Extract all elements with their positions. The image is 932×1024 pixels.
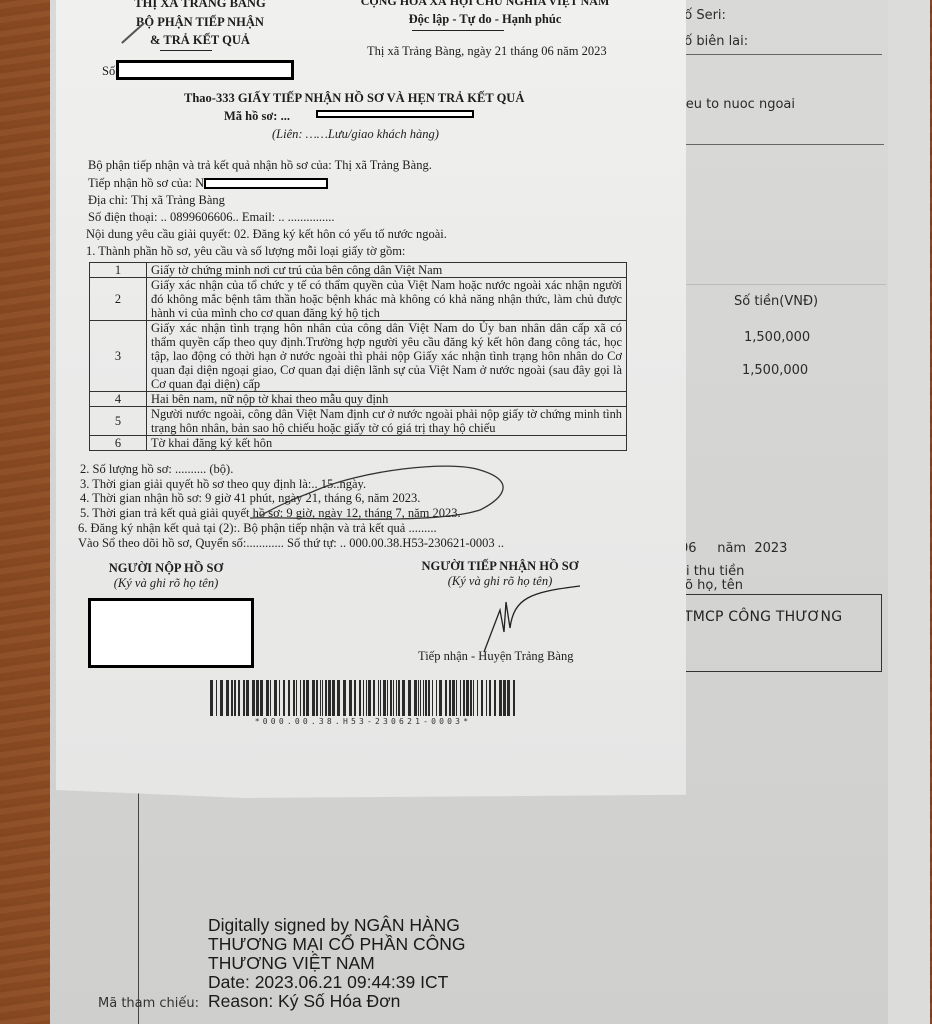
pen-circle-mark [230,460,550,530]
file-code-label: Mã hồ sơ: ... [224,109,290,124]
row-number: 2 [90,278,147,321]
place-date: Thị xã Trảng Bàng, ngày 21 tháng 06 năm … [367,44,607,59]
receiver-title: NGƯỜI TIẾP NHẬN HỒ SƠ [410,559,590,574]
collector-note: rõ họ, tên [680,578,743,593]
row-document: Giấy xác nhận của tổ chức y tế có thẩm q… [147,278,627,321]
number-label: Số [102,64,115,79]
info-line: Nội dung yêu cầu giải quyết: 02. Đăng ký… [86,227,447,242]
redacted-submitter-signature [88,598,254,668]
signature-reason: Reason: Ký Số Hóa Đơn [208,992,465,1011]
agency-name: THỊ XÃ TRẢNG BÀNG [110,0,290,11]
item-line: Vào Sổ theo dõi hồ sơ, Quyển số:........… [78,536,504,551]
receipt-divider [686,144,884,145]
redacted-file-code [316,110,474,118]
form-title: Thao-333 GIẤY TIẾP NHẬN HỒ SƠ VÀ HẸN TRẢ… [184,91,524,106]
table-row: 5Người nước ngoài, công dân Việt Nam địn… [90,407,627,436]
digital-signature: Digitally signed by NGÂN HÀNG THƯƠNG MẠI… [208,916,465,1011]
item-line: 2. Số lượng hồ sơ: .......... (bộ). [80,462,233,477]
receipt-content-fragment: yeu to nuoc ngoai [678,97,795,112]
bank-name: TMCP CÔNG THƯƠNG [684,609,842,625]
motto-underline [412,30,504,31]
reference-label: Mã tham chiếu: [98,996,199,1011]
receiver-signature [470,580,610,660]
receipt-divider [686,54,882,55]
table-row: 6Tờ khai đăng ký kết hôn [90,436,627,451]
amount-value: 1,500,000 [744,330,810,345]
agency-underline [160,50,212,51]
nation-motto: Độc lập - Tự do - Hạnh phúc [330,12,640,27]
receipt-right-margin [888,0,930,1024]
row-number: 6 [90,436,147,451]
row-number: 3 [90,321,147,392]
collector-label: ời thu tiền [678,564,744,579]
redacted-number [116,60,294,80]
row-number: 5 [90,407,147,436]
info-line: 1. Thành phần hồ sơ, yêu cầu và số lượng… [86,244,405,259]
signature-date: Date: 2023.06.21 09:44:39 ICT [208,973,465,992]
receipt-no-label: Số biên lai: [676,34,748,49]
row-document: Giấy xác nhận tình trạng hôn nhân của cô… [147,321,627,392]
row-document: Tờ khai đăng ký kết hôn [147,436,627,451]
amount-total: 1,500,000 [742,363,808,378]
agency-department-2: & TRẢ KẾT QUẢ [110,33,290,48]
signature-line: THƯƠNG VIỆT NAM [208,954,465,973]
row-document: Hai bên nam, nữ nộp tờ khai theo mẫu quy… [147,392,627,407]
copy-note: (Liên: ……Lưu/giao khách hàng) [272,127,439,142]
info-line: Số điện thoại: .. 0899606606.. Email: ..… [88,210,335,225]
signature-line: Digitally signed by NGÂN HÀNG [208,916,465,935]
table-row: 2Giấy xác nhận của tổ chức y tế có thẩm … [90,278,627,321]
bank-signature-box [662,594,882,672]
signature-line: THƯƠNG MẠI CỔ PHẦN CÔNG [208,935,465,954]
table-row: 1Giấy tờ chứng minh nơi cư trú của bên c… [90,263,627,278]
receipt-date-fragment: 06 năm 2023 [680,541,787,556]
barcode-text: *000.00.38.H53-230621-0003* [208,717,518,726]
info-line: Địa chỉ: Thị xã Trảng Bàng [88,193,225,208]
table-row: 4Hai bên nam, nữ nộp tờ khai theo mẫu qu… [90,392,627,407]
row-number: 1 [90,263,147,278]
row-number: 4 [90,392,147,407]
receiver-name: Tiếp nhận - Huyện Trảng Bàng [418,649,573,664]
amount-header: Số tiền(VNĐ) [734,294,818,309]
receipt-divider [686,284,886,285]
nation-header: CỘNG HÒA XÃ HỘI CHỦ NGHĨA VIỆT NAM [330,0,640,9]
table-row: 3Giấy xác nhận tình trạng hôn nhân của c… [90,321,627,392]
submitter-note: (Ký và ghi rõ họ tên) [86,576,246,591]
row-document: Giấy tờ chứng minh nơi cư trú của bên cô… [147,263,627,278]
redacted-applicant [204,178,328,189]
info-line: Bộ phận tiếp nhận và trả kết quả nhận hồ… [88,158,432,173]
row-document: Người nước ngoài, công dân Việt Nam định… [147,407,627,436]
submitter-title: NGƯỜI NỘP HỒ SƠ [86,561,246,576]
documents-table: 1Giấy tờ chứng minh nơi cư trú của bên c… [89,262,627,451]
info-line: Tiếp nhận hồ sơ của: N [88,176,204,191]
barcode [208,680,518,718]
